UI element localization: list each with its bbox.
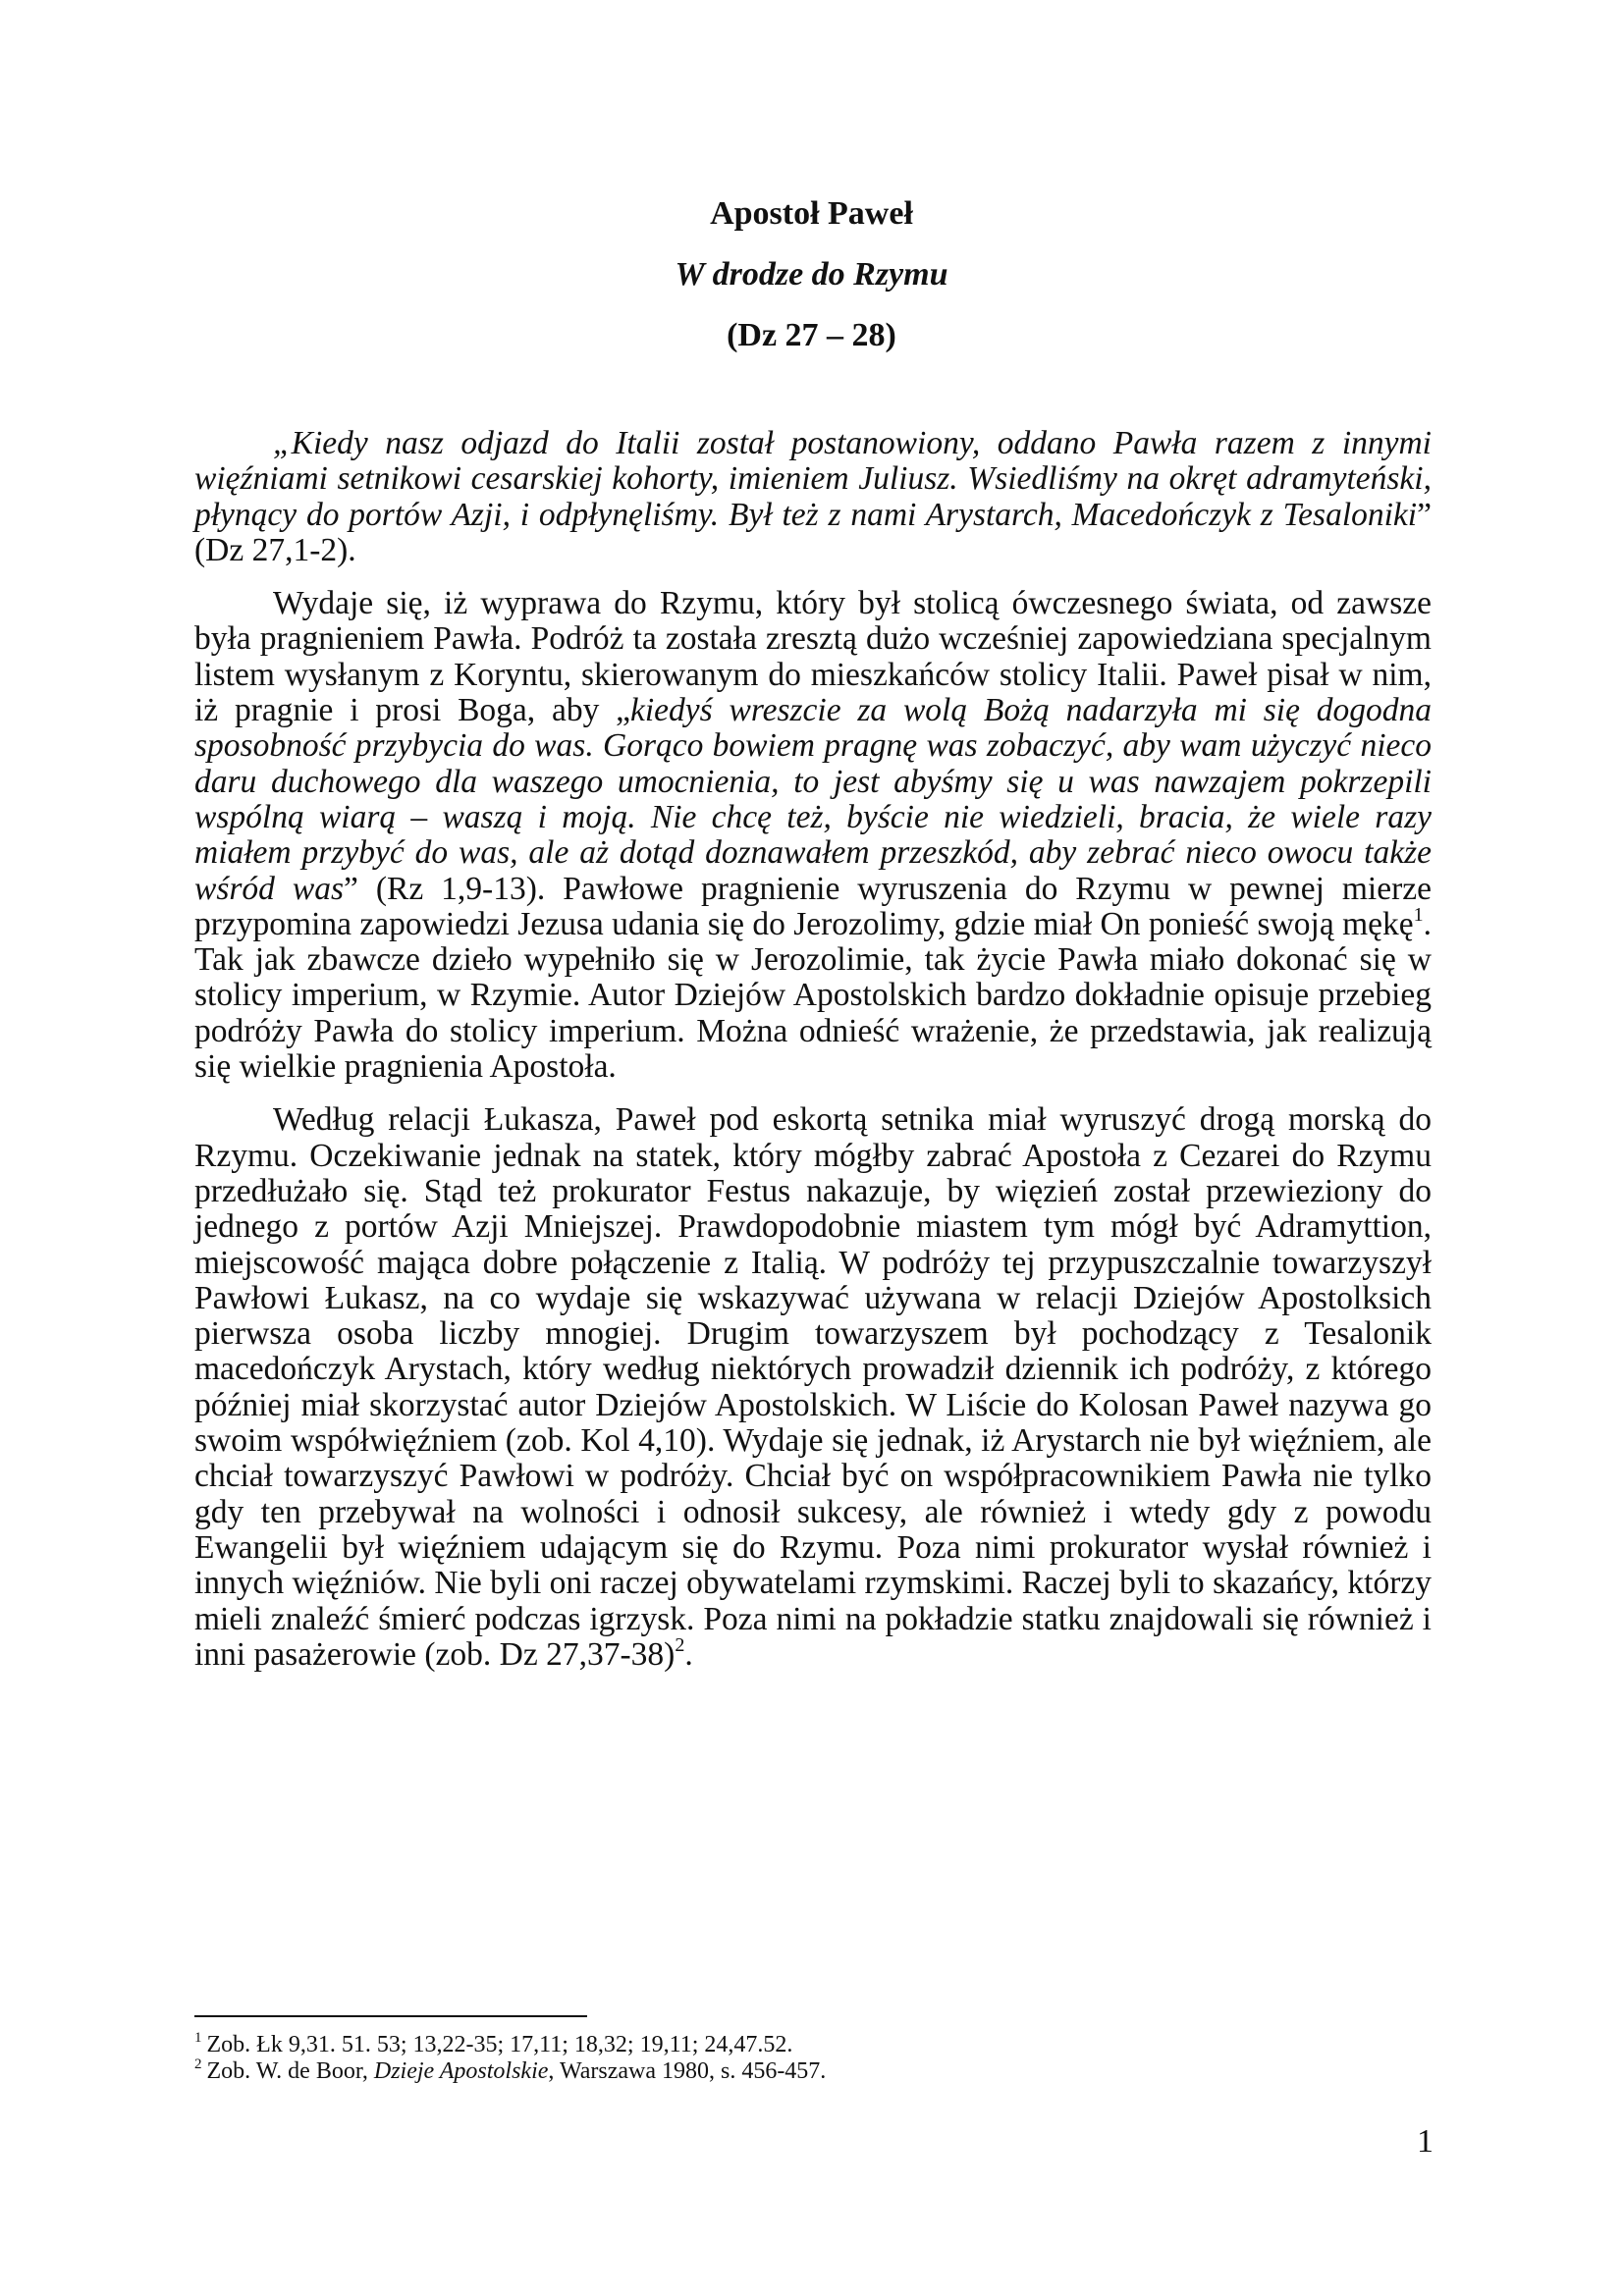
footnotes: 1Zob. Łk 9,31. 51. 53; 13,22-35; 17,11; … — [194, 2032, 1432, 2085]
footnote-2: 2Zob. W. de Boor, Dzieje Apostolskie, Wa… — [194, 2058, 1432, 2085]
paragraph-3-text-end: . — [684, 1636, 692, 1673]
paragraph-2-text-continued: ” (Rz 1,9-13). Pawłowe pragnienie wyrusz… — [194, 871, 1432, 942]
opening-quotation: „Kiedy nasz odjazd do Italii został post… — [194, 425, 1432, 533]
footnote-number: 2 — [194, 2056, 202, 2072]
document-page: Apostoł Paweł W drodze do Rzymu (Dz 27 –… — [0, 0, 1623, 2296]
page-title: Apostoł Paweł — [0, 194, 1623, 234]
footnote-reference-1[interactable]: 1 — [1414, 904, 1424, 926]
paragraph-3: Według relacji Łukasza, Paweł pod eskort… — [194, 1102, 1432, 1673]
paragraph-2: Wydaje się, iż wyprawa do Rzymu, który b… — [194, 586, 1432, 1085]
footnote-text-end: , Warszawa 1980, s. 456-457. — [548, 2058, 826, 2084]
footnote-separator — [194, 2015, 587, 2017]
cited-book-title: Dzieje Apostolskie — [374, 2058, 549, 2084]
page-number: 1 — [1375, 2122, 1434, 2162]
page-subtitle: W drodze do Rzymu — [0, 255, 1623, 294]
scripture-reference: (Dz 27 – 28) — [0, 316, 1623, 355]
body-text: „Kiedy nasz odjazd do Italii został post… — [194, 426, 1432, 1690]
footnote-text: Zob. Łk 9,31. 51. 53; 13,22-35; 17,11; 1… — [207, 2032, 793, 2057]
footnote-1: 1Zob. Łk 9,31. 51. 53; 13,22-35; 17,11; … — [194, 2032, 1432, 2058]
paragraph-1: „Kiedy nasz odjazd do Italii został post… — [194, 426, 1432, 568]
paragraph-3-text: Według relacji Łukasza, Paweł pod eskort… — [194, 1101, 1432, 1672]
footnote-number: 1 — [194, 2030, 202, 2046]
footnote-reference-2[interactable]: 2 — [675, 1634, 684, 1656]
footnote-text: Zob. W. de Boor, — [207, 2058, 374, 2084]
